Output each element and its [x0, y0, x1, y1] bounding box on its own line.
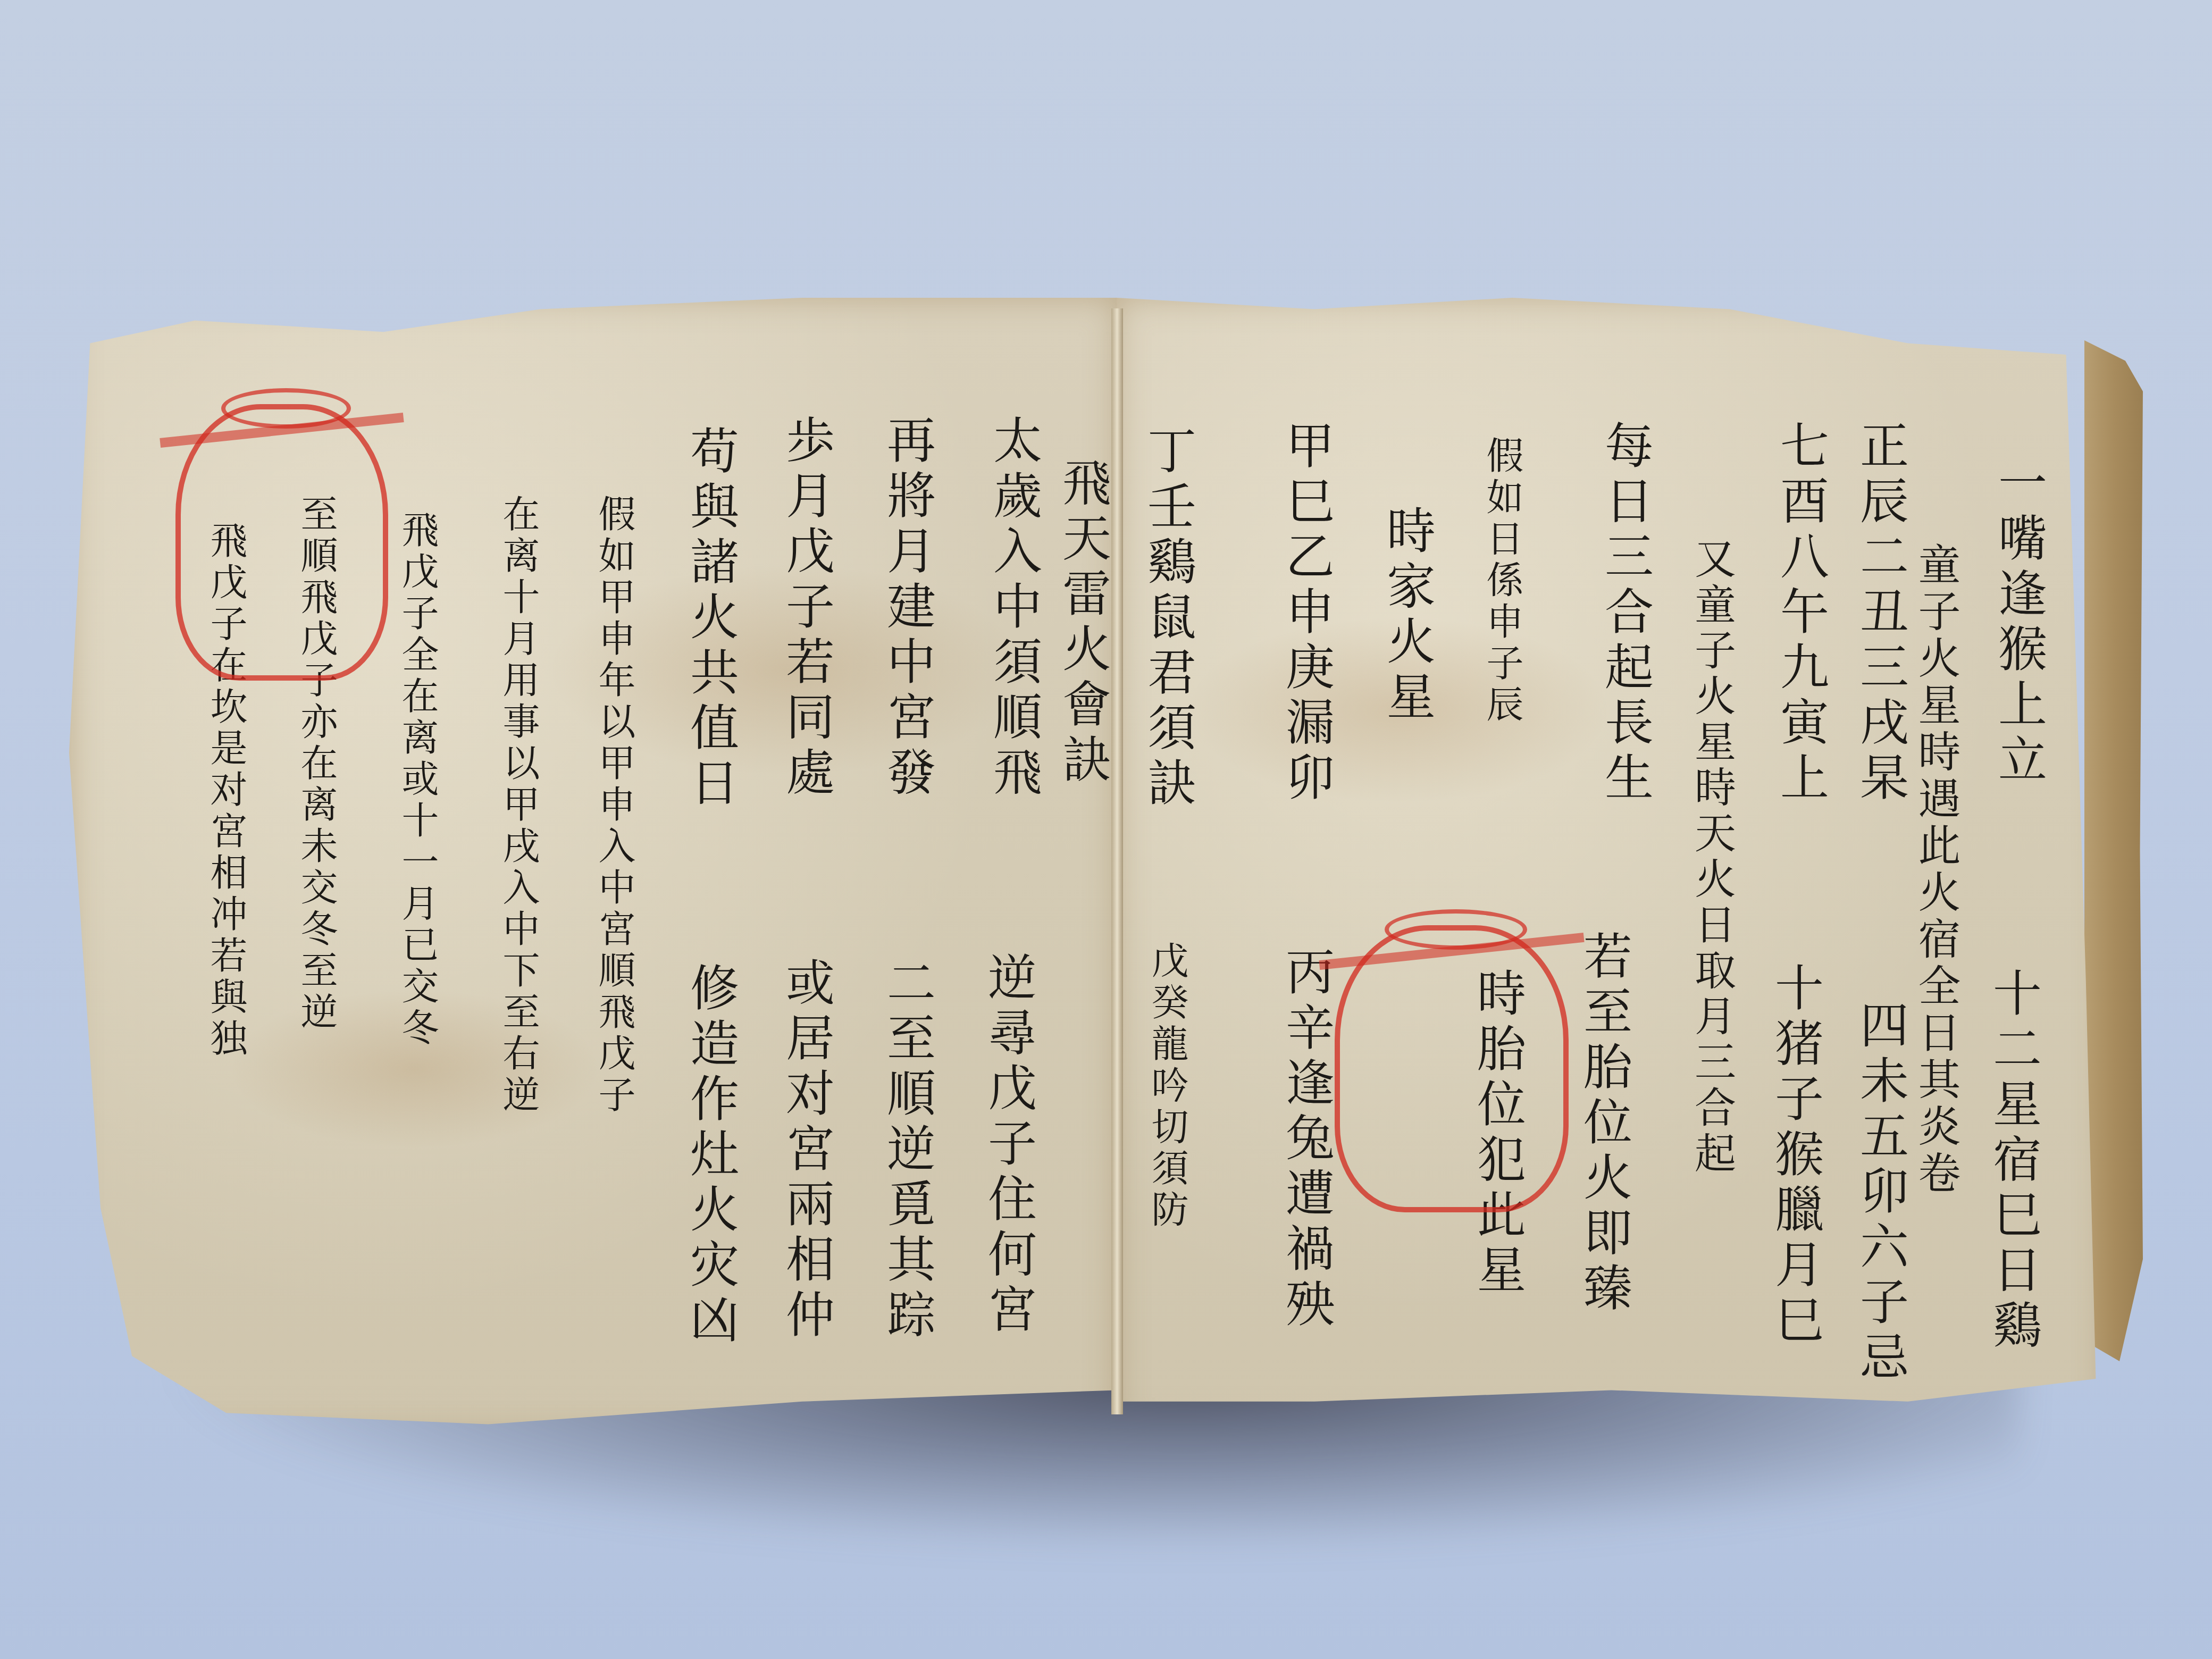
text-column: 若至胎位火即臻 [1579, 931, 1628, 1318]
book-spine [1111, 308, 1123, 1414]
text-column: 每日三合起長生 [1601, 420, 1649, 807]
text-column: 假如日係申子辰 [1484, 436, 1521, 726]
red-seal-stamp-right [1335, 925, 1569, 1212]
text-column: 時家火星 [1382, 505, 1431, 726]
text-column: 十猪子猴臘月巳 [1771, 962, 1820, 1350]
text-column: 七酉八午九寅上 [1776, 420, 1825, 807]
book-edge-right [2084, 340, 2143, 1361]
text-column: 戊癸龍吟切須防 [1149, 941, 1186, 1231]
text-column: 四未五卯六子忌 [1856, 1000, 1905, 1387]
text-column: 歩月戊子若同處 [782, 415, 831, 802]
open-manuscript: 一嘴逢猴上立 十二星宿巳日鷄 童子火星時遇此火宿全日其炎卷 正辰二丑三戌杲 四未… [69, 298, 2116, 1436]
text-column: 再將月建中宮發 [883, 415, 932, 802]
red-seal-stamp-left [175, 404, 388, 681]
text-column: 逆尋戊子住何宮 [984, 952, 1033, 1339]
text-column: 一嘴逢猴上立 [1994, 457, 2043, 789]
text-column: 丙辛逢兔遭禍殃 [1281, 946, 1330, 1334]
text-column: 童子火星時遇此火宿全日其炎卷 [1914, 542, 1957, 1197]
text-column: 十二星宿巳日鷄 [1989, 968, 2038, 1355]
text-column: 假如甲申年以甲申入中宮順飛戊子 [596, 495, 633, 1117]
text-column: 正辰二丑三戌杲 [1856, 420, 1905, 807]
text-column: 二至順逆覓其踪 [883, 957, 932, 1344]
text-column: 甲巳乙申庚漏卯 [1281, 420, 1330, 807]
text-column: 太歲入中須順飛 [989, 415, 1038, 802]
text-column: 修造作灶火灾凶 [686, 962, 735, 1350]
text-column: 在离十月用事以甲戌入中下至右逆 [500, 495, 537, 1117]
text-column: 苟與諸火共值日 [686, 425, 735, 812]
heading-column: 飛天雷火會訣 [1058, 457, 1107, 789]
text-column: 丁壬鷄鼠君須訣 [1143, 425, 1192, 812]
text-column: 飛戊子全在离或十一月已交冬 [399, 510, 436, 1050]
text-column: 又童子火星時天火日取月三合起 [1691, 537, 1732, 1177]
text-column: 或居对宮兩相仲 [782, 957, 831, 1344]
